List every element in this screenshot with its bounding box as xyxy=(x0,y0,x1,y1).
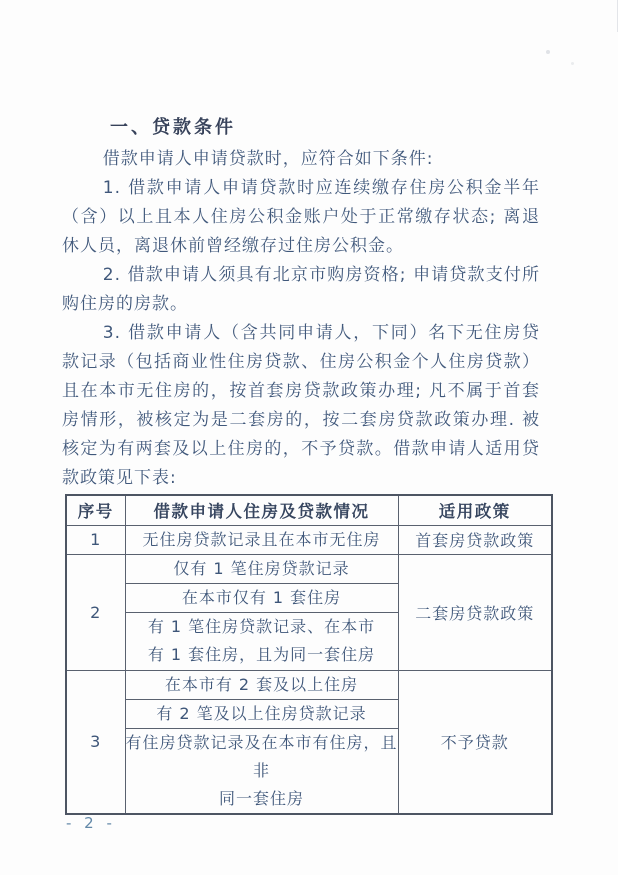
table-row-2a: 2 仅有 1 笔住房贷款记录 二套房贷款政策 xyxy=(66,554,552,583)
cell-row2-situation-3: 有 1 笔住房贷款记录、在本市 有 1 套住房，且为同一套住房 xyxy=(125,612,398,670)
cell-row2-situation-1: 仅有 1 笔住房贷款记录 xyxy=(125,554,398,583)
condition-item-2: 2. 借款申请人须具有北京市购房资格; 申请贷款支付所购住房的房款。 xyxy=(62,261,540,319)
scan-artifact-dot xyxy=(546,50,550,54)
header-cell-situation: 借款申请人住房及贷款情况 xyxy=(125,495,398,525)
loan-policy-table: 序号 借款申请人住房及贷款情况 适用政策 1 无住房贷款记录且在本市无住房 首套… xyxy=(65,494,553,815)
cell-row2-index: 2 xyxy=(66,554,125,670)
table-row-3a: 3 在本市有 2 套及以上住房 不予贷款 xyxy=(66,670,552,699)
cell-row3-situation-3: 有住房贷款记录及在本市有住房，且非 同一套住房 xyxy=(125,728,398,814)
header-cell-index: 序号 xyxy=(66,495,125,525)
cell-row1-index: 1 xyxy=(66,525,125,554)
section-heading: 一、贷款条件 xyxy=(110,113,540,142)
cell-row3-index: 3 xyxy=(66,670,125,814)
intro-paragraph: 借款申请人申请贷款时，应符合如下条件: xyxy=(62,145,540,174)
condition-item-1: 1. 借款申请人申请贷款时应连续缴存住房公积金半年（含）以上且本人住房公积金账户… xyxy=(62,174,540,261)
cell-row2-situation-2: 在本市仅有 1 套住房 xyxy=(125,583,398,612)
cell-row1-policy: 首套房贷款政策 xyxy=(398,525,552,554)
cell-row1-situation: 无住房贷款记录且在本市无住房 xyxy=(125,525,398,554)
condition-item-3: 3. 借款申请人（含共同申请人，下同）名下无住房贷款记录（包括商业性住房贷款、住… xyxy=(62,319,540,493)
document-page: 一、贷款条件 借款申请人申请贷款时，应符合如下条件: 1. 借款申请人申请贷款时… xyxy=(0,0,618,875)
cell-row2-policy: 二套房贷款政策 xyxy=(398,554,552,670)
table-header-row: 序号 借款申请人住房及贷款情况 适用政策 xyxy=(66,495,552,525)
header-cell-policy: 适用政策 xyxy=(398,495,552,525)
scan-artifact-dot xyxy=(571,62,574,65)
cell-row3-policy: 不予贷款 xyxy=(398,670,552,814)
cell-row3-situation-2: 有 2 笔及以上住房贷款记录 xyxy=(125,699,398,728)
cell-row3-situation-1: 在本市有 2 套及以上住房 xyxy=(125,670,398,699)
page-number: - 2 - xyxy=(66,814,116,832)
table-row-1: 1 无住房贷款记录且在本市无住房 首套房贷款政策 xyxy=(66,525,552,554)
